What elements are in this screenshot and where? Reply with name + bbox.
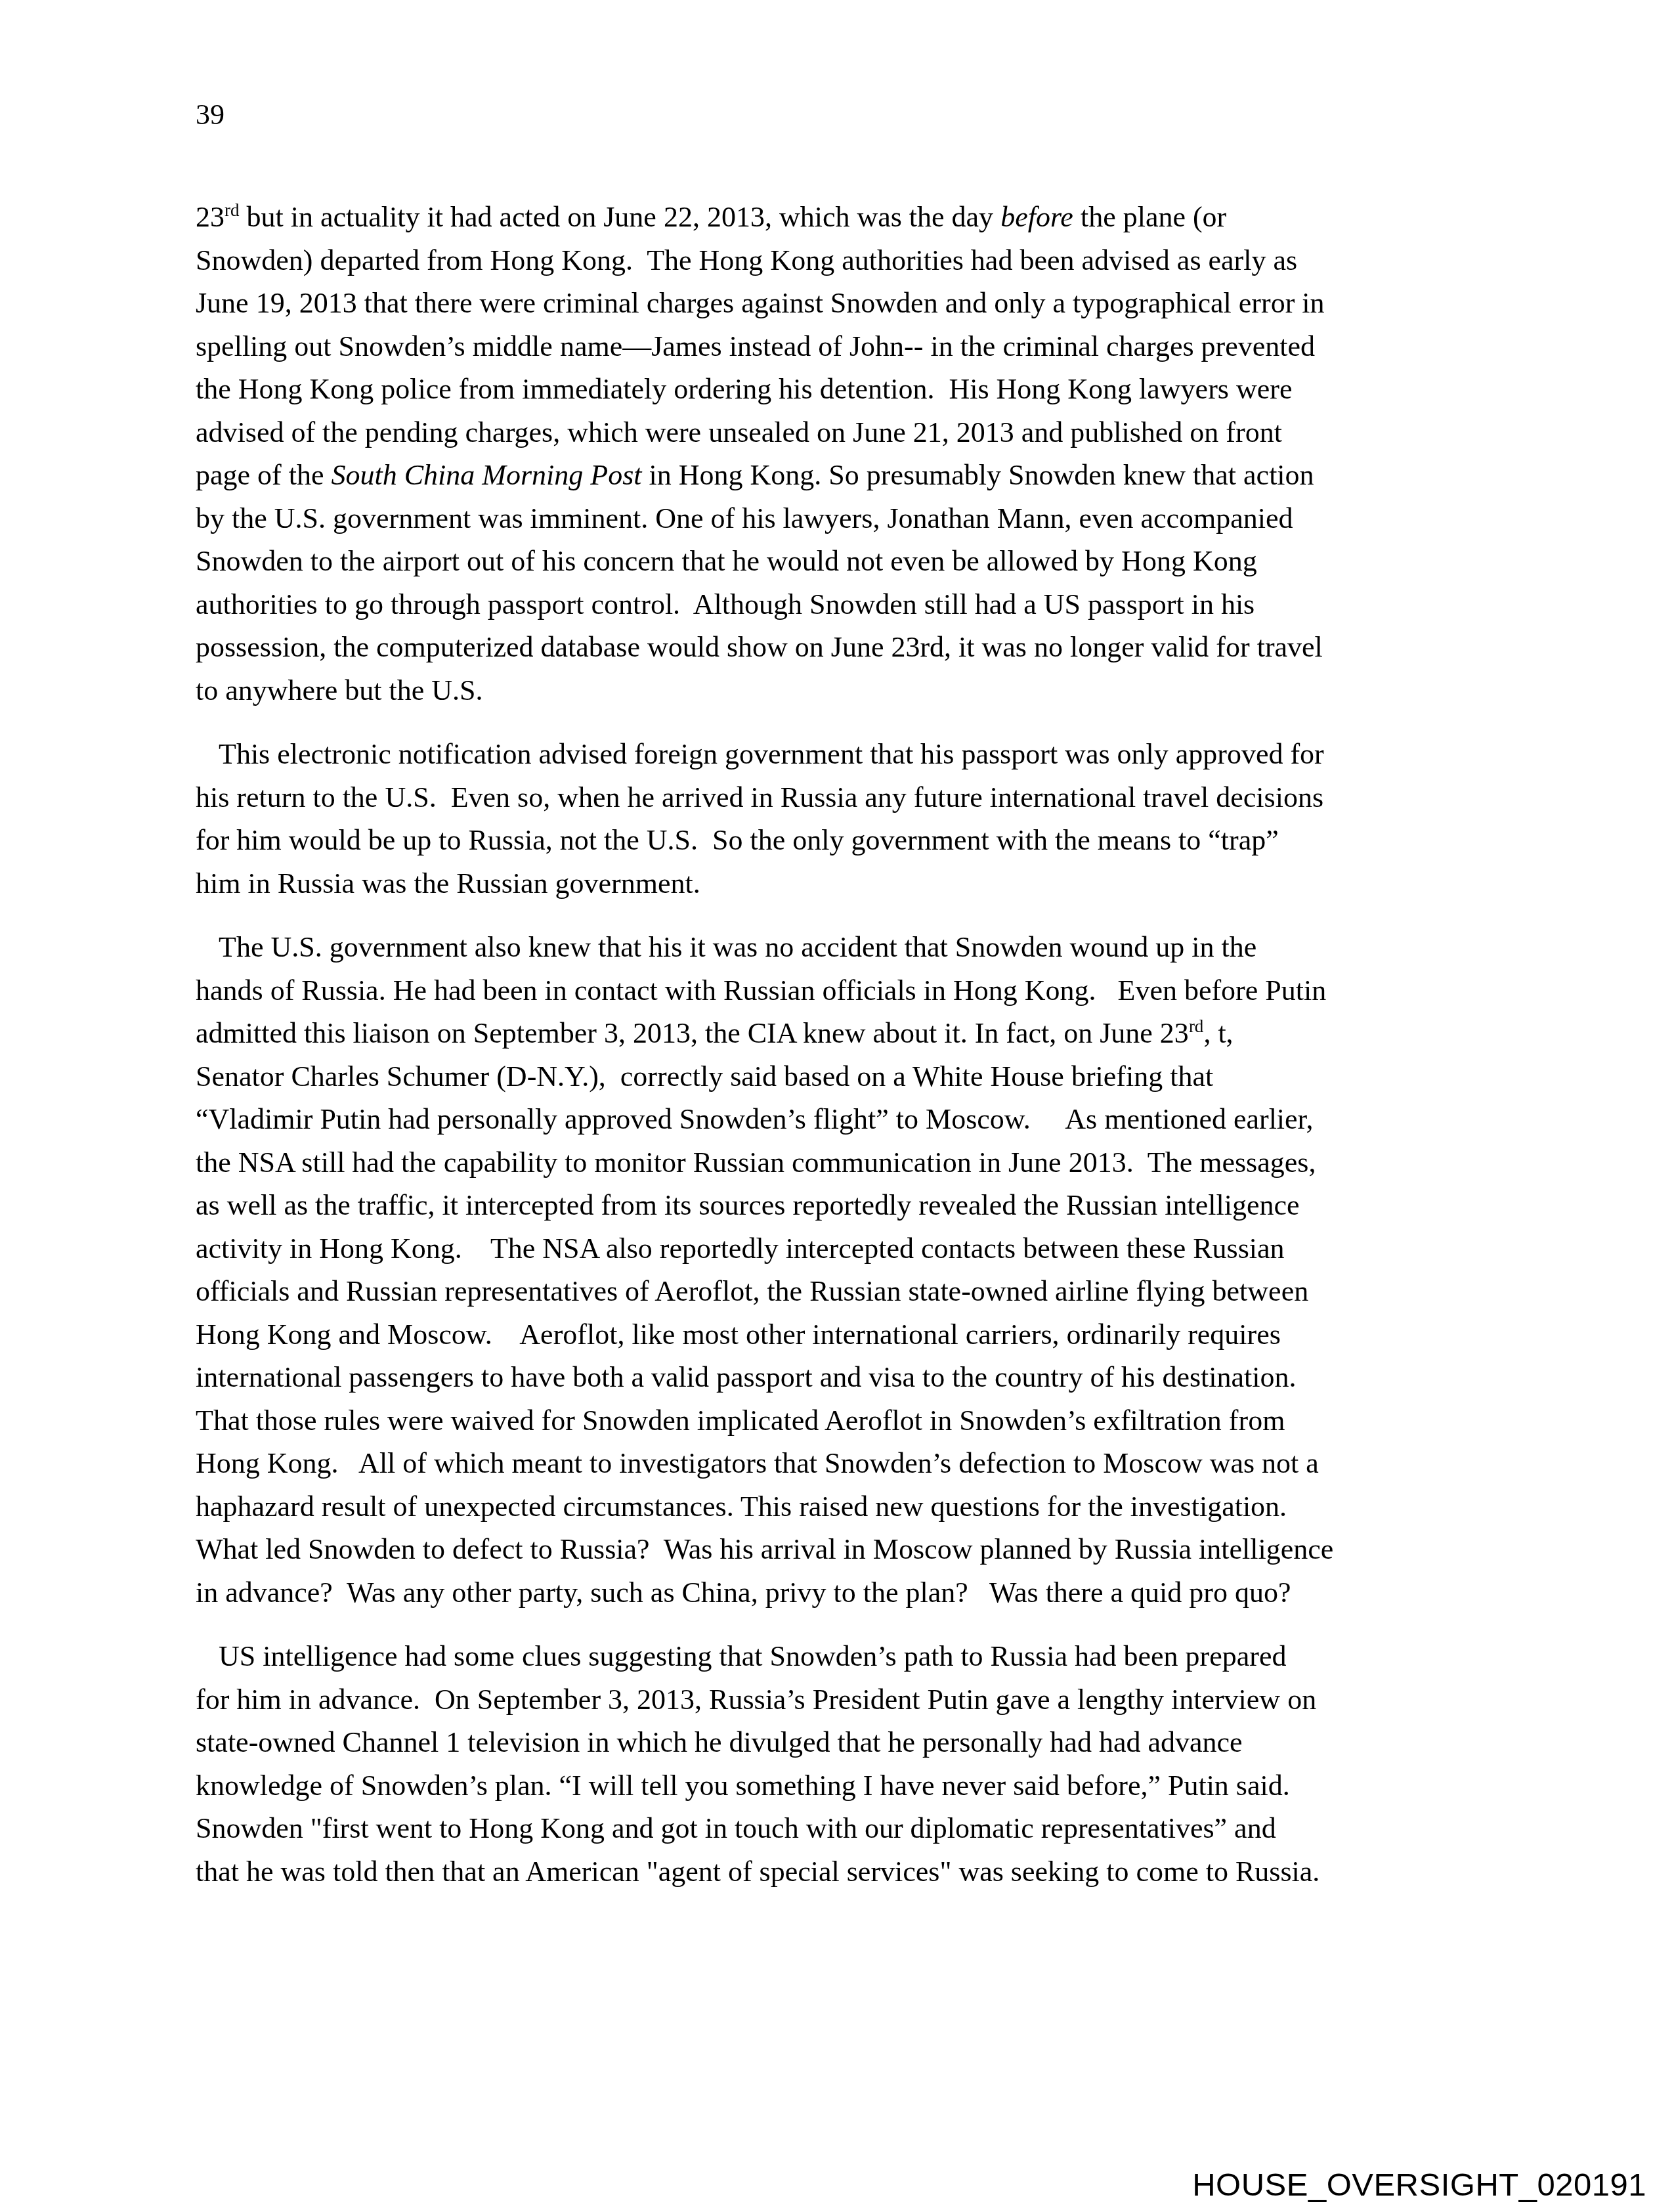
text-line: that he was told then that an American "… xyxy=(196,1850,1482,1894)
text-run: for him in advance. On September 3, 2013… xyxy=(196,1683,1316,1716)
text-line: 23rd but in actuality it had acted on Ju… xyxy=(196,196,1482,239)
text-run: US intelligence had some clues suggestin… xyxy=(219,1640,1286,1672)
text-run: That those rules were waived for Snowden… xyxy=(196,1404,1285,1437)
text-line: in advance? Was any other party, such as… xyxy=(196,1571,1482,1615)
text-line: to anywhere but the U.S. xyxy=(196,669,1482,712)
text-run: as well as the traffic, it intercepted f… xyxy=(196,1189,1300,1221)
text-line: his return to the U.S. Even so, when he … xyxy=(196,776,1482,819)
text-run: that he was told then that an American "… xyxy=(196,1855,1320,1888)
italic-text: South China Morning Post xyxy=(331,459,641,491)
text-run: Snowden) departed from Hong Kong. The Ho… xyxy=(196,244,1297,276)
text-run: Snowden to the airport out of his concer… xyxy=(196,545,1257,577)
text-run: for him would be up to Russia, not the U… xyxy=(196,824,1279,856)
text-line: Snowden) departed from Hong Kong. The Ho… xyxy=(196,239,1482,282)
italic-text: before xyxy=(1000,201,1073,233)
text-run: in Hong Kong. So presumably Snowden knew… xyxy=(642,459,1314,491)
paragraph: The U.S. government also knew that his i… xyxy=(196,926,1482,1614)
text-run: but in actuality it had acted on June 22… xyxy=(240,201,1001,233)
text-run: “Vladimir Putin had personally approved … xyxy=(196,1103,1314,1135)
text-line: “Vladimir Putin had personally approved … xyxy=(196,1098,1482,1141)
text-line: hands of Russia. He had been in contact … xyxy=(196,969,1482,1012)
text-run: the plane (or xyxy=(1073,201,1226,233)
superscript: rd xyxy=(1189,1016,1204,1036)
text-run: state-owned Channel 1 television in whic… xyxy=(196,1726,1243,1758)
text-run: spelling out Snowden’s middle name—James… xyxy=(196,330,1315,362)
text-line: for him would be up to Russia, not the U… xyxy=(196,819,1482,862)
text-line: Snowden "first went to Hong Kong and got… xyxy=(196,1807,1482,1850)
text-line: officials and Russian representatives of… xyxy=(196,1270,1482,1313)
page-number: 39 xyxy=(196,98,225,131)
text-line: the NSA still had the capability to moni… xyxy=(196,1141,1482,1184)
text-run: international passengers to have both a … xyxy=(196,1361,1297,1393)
text-run: page of the xyxy=(196,459,331,491)
text-run: possession, the computerized database wo… xyxy=(196,631,1323,663)
text-line: possession, the computerized database wo… xyxy=(196,626,1482,669)
text-line: This electronic notification advised for… xyxy=(196,733,1482,776)
text-run: authorities to go through passport contr… xyxy=(196,588,1255,620)
paragraph: This electronic notification advised for… xyxy=(196,733,1482,905)
text-line: haphazard result of unexpected circumsta… xyxy=(196,1485,1482,1529)
paragraph: US intelligence had some clues suggestin… xyxy=(196,1635,1482,1893)
document-page: 39 23rd but in actuality it had acted on… xyxy=(0,0,1674,2212)
text-line: spelling out Snowden’s middle name—James… xyxy=(196,325,1482,368)
text-line: the Hong Kong police from immediately or… xyxy=(196,368,1482,411)
text-line: international passengers to have both a … xyxy=(196,1356,1482,1399)
text-run: him in Russia was the Russian government… xyxy=(196,867,700,900)
text-run: by the U.S. government was imminent. One… xyxy=(196,502,1293,534)
text-line: Hong Kong. All of which meant to investi… xyxy=(196,1442,1482,1485)
text-run: 23 xyxy=(196,201,225,233)
text-run: knowledge of Snowden’s plan. “I will tel… xyxy=(196,1769,1290,1802)
text-run: advised of the pending charges, which we… xyxy=(196,416,1282,448)
text-line: That those rules were waived for Snowden… xyxy=(196,1399,1482,1442)
text-run: the NSA still had the capability to moni… xyxy=(196,1146,1316,1179)
bates-stamp: HOUSE_OVERSIGHT_020191 xyxy=(1192,2167,1646,2203)
text-run: his return to the U.S. Even so, when he … xyxy=(196,781,1323,813)
text-line: page of the South China Morning Post in … xyxy=(196,454,1482,497)
text-run: Senator Charles Schumer (D-N.Y.), correc… xyxy=(196,1060,1213,1093)
text-run: June 19, 2013 that there were criminal c… xyxy=(196,287,1325,319)
text-run: hands of Russia. He had been in contact … xyxy=(196,974,1326,1007)
text-run: The U.S. government also knew that his i… xyxy=(219,931,1256,963)
text-line: Senator Charles Schumer (D-N.Y.), correc… xyxy=(196,1055,1482,1098)
text-run: in advance? Was any other party, such as… xyxy=(196,1576,1291,1609)
text-run: admitted this liaison on September 3, 20… xyxy=(196,1017,1189,1049)
text-line: June 19, 2013 that there were criminal c… xyxy=(196,282,1482,325)
text-line: state-owned Channel 1 television in whic… xyxy=(196,1721,1482,1764)
text-run: Snowden "first went to Hong Kong and got… xyxy=(196,1812,1276,1844)
text-run: , t, xyxy=(1203,1017,1233,1049)
text-run: This electronic notification advised for… xyxy=(219,738,1324,770)
text-run: officials and Russian representatives of… xyxy=(196,1275,1308,1307)
text-run: Hong Kong. All of which meant to investi… xyxy=(196,1447,1319,1479)
text-line: The U.S. government also knew that his i… xyxy=(196,926,1482,969)
text-line: authorities to go through passport contr… xyxy=(196,583,1482,626)
text-run: the Hong Kong police from immediately or… xyxy=(196,373,1292,405)
text-line: US intelligence had some clues suggestin… xyxy=(196,1635,1482,1678)
text-run: Hong Kong and Moscow. Aeroflot, like mos… xyxy=(196,1318,1281,1351)
text-line: by the U.S. government was imminent. One… xyxy=(196,497,1482,540)
text-line: advised of the pending charges, which we… xyxy=(196,411,1482,454)
text-line: Snowden to the airport out of his concer… xyxy=(196,540,1482,583)
text-line: admitted this liaison on September 3, 20… xyxy=(196,1012,1482,1055)
text-line: him in Russia was the Russian government… xyxy=(196,862,1482,905)
text-line: activity in Hong Kong. The NSA also repo… xyxy=(196,1227,1482,1270)
paragraph: 23rd but in actuality it had acted on Ju… xyxy=(196,196,1482,712)
text-run: What led Snowden to defect to Russia? Wa… xyxy=(196,1533,1333,1565)
body-text: 23rd but in actuality it had acted on Ju… xyxy=(196,196,1482,1914)
text-line: for him in advance. On September 3, 2013… xyxy=(196,1678,1482,1722)
text-run: activity in Hong Kong. The NSA also repo… xyxy=(196,1232,1285,1265)
text-line: knowledge of Snowden’s plan. “I will tel… xyxy=(196,1764,1482,1808)
text-line: Hong Kong and Moscow. Aeroflot, like mos… xyxy=(196,1313,1482,1356)
text-run: to anywhere but the U.S. xyxy=(196,674,483,706)
text-line: What led Snowden to defect to Russia? Wa… xyxy=(196,1528,1482,1571)
superscript: rd xyxy=(225,200,240,220)
text-run: haphazard result of unexpected circumsta… xyxy=(196,1490,1287,1523)
text-line: as well as the traffic, it intercepted f… xyxy=(196,1184,1482,1227)
